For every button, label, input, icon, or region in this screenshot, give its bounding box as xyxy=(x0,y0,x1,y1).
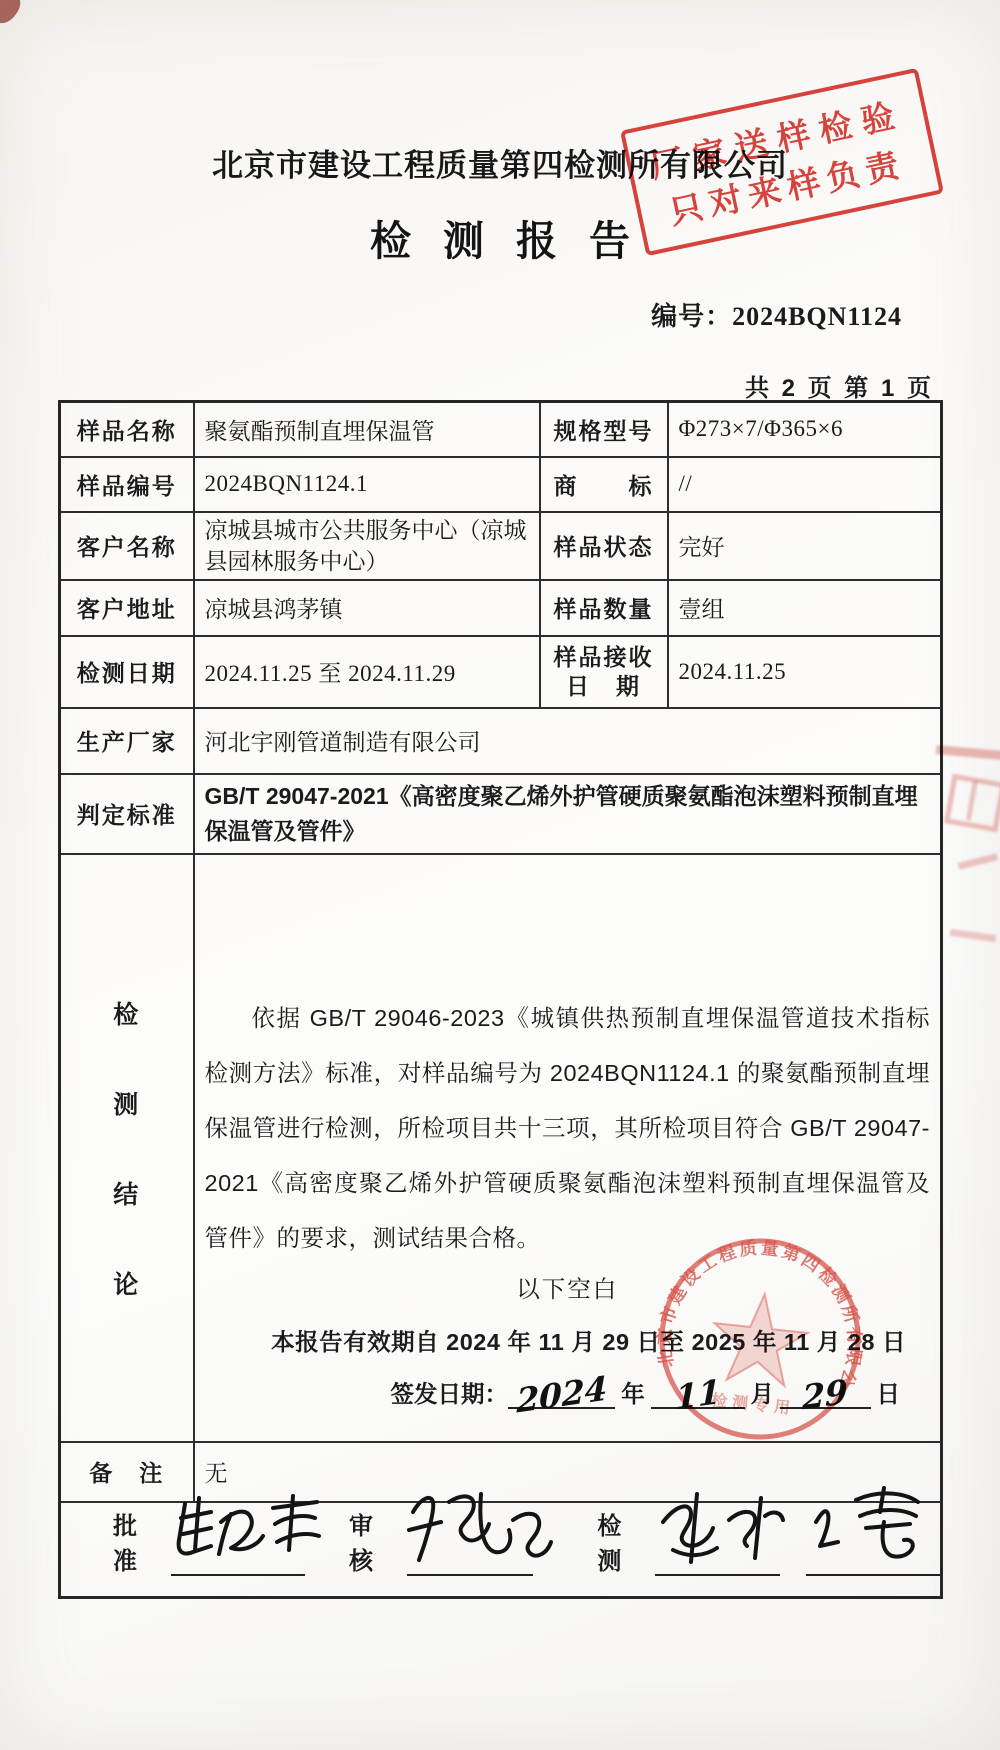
trademark-label: 商 标 xyxy=(540,457,668,512)
receive-date-label: 样品接收 日 期 xyxy=(540,636,668,708)
report-number-label: 编号： xyxy=(651,302,732,331)
receive-date-value: 2024.11.25 xyxy=(668,636,942,708)
table-row: 客户名称 凉城县城市公共服务中心（凉城县园林服务中心） 样品状态 完好 xyxy=(60,512,942,580)
handwritten-day: 29 xyxy=(803,1371,848,1417)
signature-cell: 批准 审核 xyxy=(60,1502,942,1598)
year-unit: 年 xyxy=(621,1375,645,1409)
issue-day-field: 29 xyxy=(780,1373,870,1409)
manufacturer-label: 生产厂家 xyxy=(60,708,194,774)
review-signature-field xyxy=(407,1568,534,1576)
report-title: 检测报告 xyxy=(0,208,1000,267)
sample-qty-label: 样品数量 xyxy=(540,580,668,636)
client-address-label: 客户地址 xyxy=(60,580,194,636)
spec-model-label: 规格型号 xyxy=(540,402,668,457)
table-row: 样品名称 聚氨酯预制直埋保温管 规格型号 Φ273×7/Φ365×6 xyxy=(60,402,942,457)
report-number: 编号：2024BQN1124 xyxy=(651,296,902,333)
client-address-value: 凉城县鸿茅镇 xyxy=(194,580,540,636)
sample-no-label: 样品编号 xyxy=(60,457,194,512)
approve-signature-field xyxy=(171,1568,305,1576)
issue-date-line: 签发日期： 2024 年 11 月 29 日 xyxy=(391,1373,907,1409)
handwritten-month: 11 xyxy=(675,1371,720,1417)
issue-month-field: 11 xyxy=(651,1373,745,1409)
sample-state-label: 样品状态 xyxy=(540,512,668,580)
table-row: 客户地址 凉城县鸿茅镇 样品数量 壹组 xyxy=(60,580,942,636)
table-row: 检测日期 2024.11.25 至 2024.11.29 样品接收 日 期 20… xyxy=(60,636,942,708)
sample-no-value: 2024BQN1124.1 xyxy=(194,457,540,512)
client-name-label: 客户名称 xyxy=(60,512,194,580)
validity-period: 本报告有效期自 2024 年 11 月 29 日至 2025 年 11 月 28… xyxy=(195,1323,907,1357)
report-page: 北京市建设工程质量第四检测所有限公司 检测报告 厂家送样检验 只对来样负责 编号… xyxy=(0,0,1000,1750)
test-signature-1 xyxy=(649,1488,789,1574)
conclusion-char: 结 xyxy=(113,1175,140,1211)
conclusion-paragraph: 依据 GB/T 29046-2023《城镇供热预制直埋保温管道技术指标检测方法》… xyxy=(205,991,931,1266)
approve-signature xyxy=(165,1492,325,1574)
sample-qty-value: 壹组 xyxy=(668,580,942,636)
handwritten-year: 2024 xyxy=(516,1368,607,1420)
standard-value: GB/T 29047-2021《高密度聚乙烯外护管硬质聚氨酯泡沫塑料预制直埋保温… xyxy=(194,774,942,854)
issue-year-field: 2024 xyxy=(508,1373,615,1409)
test-label: 检测 xyxy=(597,1506,647,1576)
conclusion-label-stack: 检 测 结 论 xyxy=(71,995,183,1301)
spec-model-value: Φ273×7/Φ365×6 xyxy=(668,402,942,457)
manufacturer-value: 河北宇刚管道制造有限公司 xyxy=(194,708,942,774)
test-signature-field-1 xyxy=(655,1568,780,1576)
conclusion-label: 检 测 结 论 xyxy=(60,854,194,1442)
standard-label: 判定标准 xyxy=(60,774,194,854)
issue-date-label: 签发日期： xyxy=(391,1375,509,1409)
edge-stamp-fragment xyxy=(950,929,997,942)
conclusion-content: 依据 GB/T 29046-2023《城镇供热预制直埋保温管道技术指标检测方法》… xyxy=(194,854,942,1442)
signature-line: 批准 审核 xyxy=(61,1506,940,1576)
edge-stamp-fragment xyxy=(958,853,999,869)
review-label: 审核 xyxy=(349,1506,399,1576)
corner-red-mark xyxy=(0,0,26,28)
conclusion-char: 论 xyxy=(113,1265,140,1301)
table-row: 生产厂家 河北宇刚管道制造有限公司 xyxy=(60,708,942,774)
table-row: 判定标准 GB/T 29047-2021《高密度聚乙烯外护管硬质聚氨酯泡沫塑料预… xyxy=(60,774,942,854)
client-name-value: 凉城县城市公共服务中心（凉城县园林服务中心） xyxy=(194,512,540,580)
edge-stamp-fragment xyxy=(936,745,1000,760)
test-signature-field-2 xyxy=(806,1568,940,1576)
approve-label: 批准 xyxy=(113,1506,163,1576)
test-date-value: 2024.11.25 至 2024.11.29 xyxy=(194,636,540,708)
month-unit: 月 xyxy=(751,1375,775,1409)
signature-row: 批准 审核 xyxy=(60,1502,942,1598)
day-unit: 日 xyxy=(877,1375,901,1409)
report-table: 样品名称 聚氨酯预制直埋保温管 规格型号 Φ273×7/Φ365×6 样品编号 … xyxy=(58,400,943,1599)
report-number-value: 2024BQN1124 xyxy=(732,302,902,331)
page-indicator: 共 2 页 第 1 页 xyxy=(745,368,934,403)
review-signature xyxy=(401,1486,551,1574)
sample-name-label: 样品名称 xyxy=(60,402,194,457)
test-signature-2 xyxy=(800,1484,930,1574)
edge-stamp-fragment xyxy=(944,774,1000,833)
table-row: 样品编号 2024BQN1124.1 商 标 // xyxy=(60,457,942,512)
conclusion-char: 测 xyxy=(113,1085,140,1121)
trademark-value: // xyxy=(668,457,942,512)
conclusion-row: 检 测 结 论 依据 GB/T 29046-2023《城镇供热预制直埋保温管道技… xyxy=(60,854,942,1442)
conclusion-char: 检 xyxy=(113,995,140,1031)
test-date-label: 检测日期 xyxy=(60,636,194,708)
sample-name-value: 聚氨酯预制直埋保温管 xyxy=(194,402,540,457)
blank-below-note: 以下空白 xyxy=(205,1270,931,1304)
sample-state-value: 完好 xyxy=(668,512,942,580)
